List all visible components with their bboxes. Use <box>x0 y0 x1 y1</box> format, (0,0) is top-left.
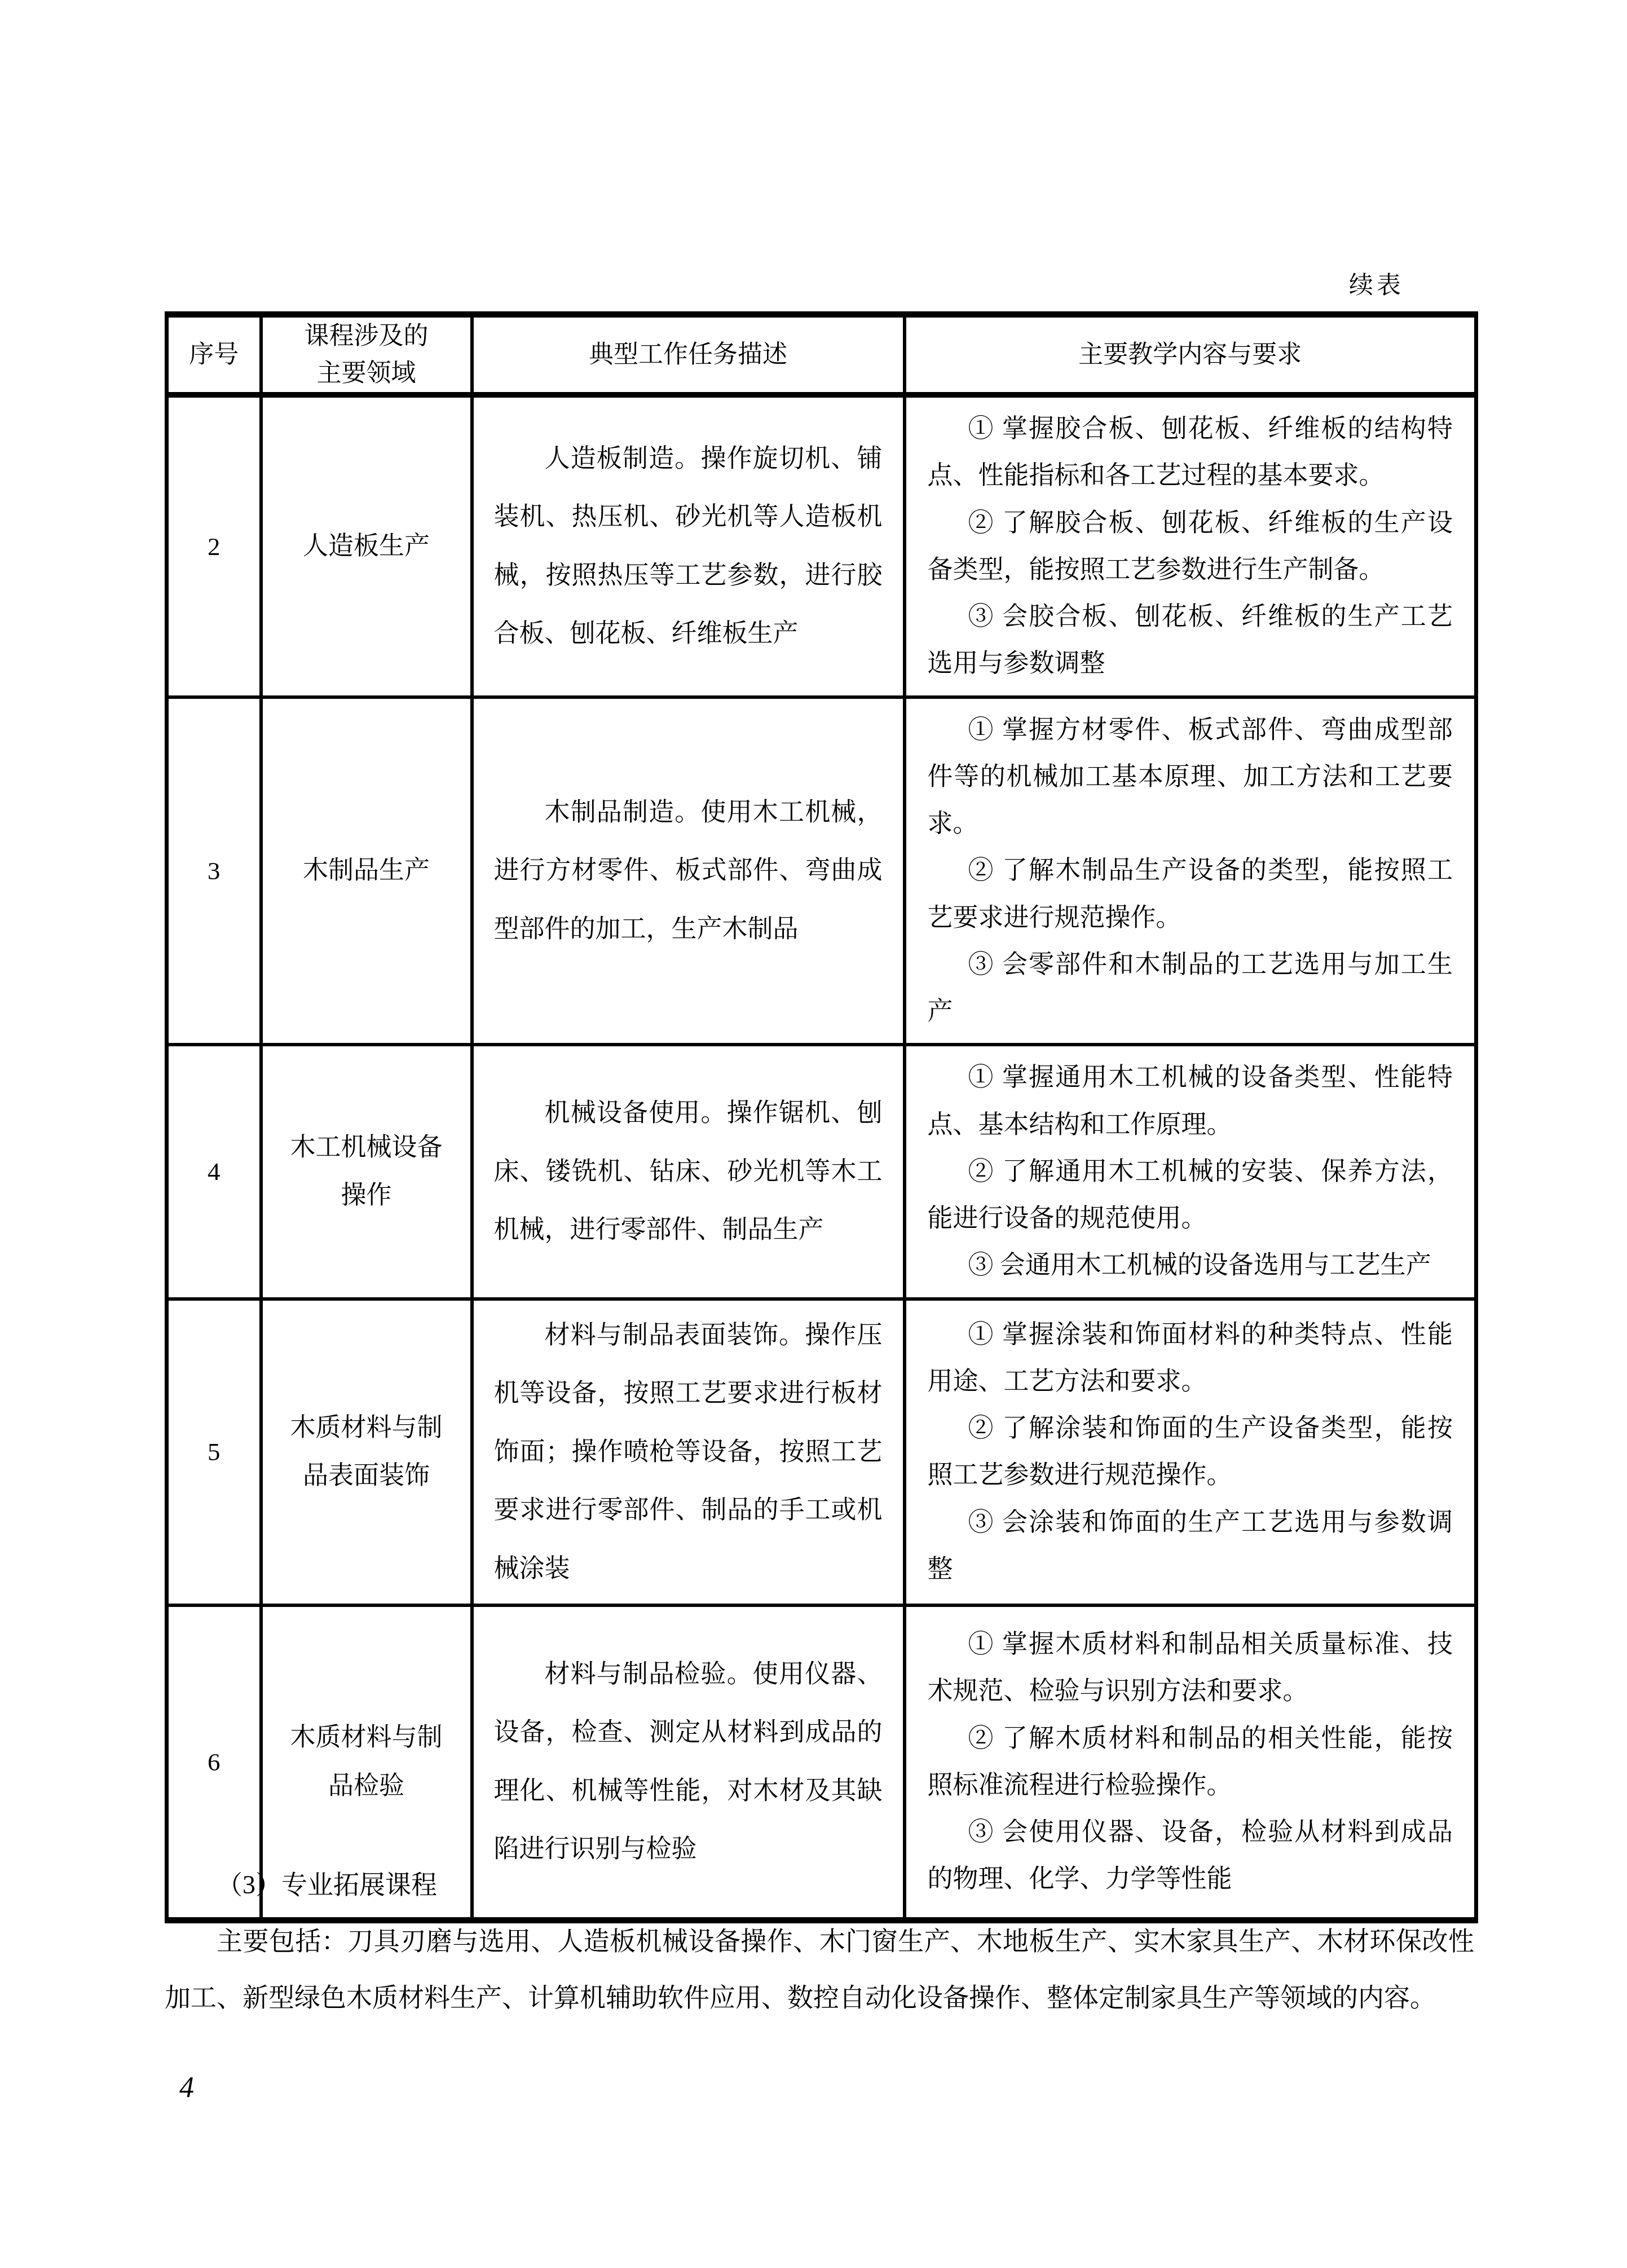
cell-task-description: 人造板制造。操作旋切机、铺装机、热压机、砂光机等人造板机械，按照热压等工艺参数，… <box>472 395 905 697</box>
content-item: ② 了解木质材料和制品的相关性能，能按照标准流程进行检验操作。 <box>928 1715 1453 1809</box>
cell-main-area: 人造板生产 <box>261 395 472 697</box>
task-text: 材料与制品表面装饰。操作压机等设备，按照工艺要求进行板材饰面；操作喷枪等设备，按… <box>494 1306 883 1598</box>
content-item: ① 掌握木质材料和制品相关质量标准、技术规范、检验与识别方法和要求。 <box>928 1621 1453 1715</box>
content-item: ① 掌握通用木工机械的设备类型、性能特点、基本结构和工作原理。 <box>928 1054 1453 1148</box>
table-row: 3 木制品生产 木制品制造。使用木工机械，进行方材零件、板式部件、弯曲成型部件的… <box>167 697 1476 1045</box>
content-item: ① 掌握胶合板、刨花板、纤维板的结构特点、性能指标和各工艺过程的基本要求。 <box>928 406 1453 500</box>
table-row: 2 人造板生产 人造板制造。操作旋切机、铺装机、热压机、砂光机等人造板机械，按照… <box>167 395 1476 697</box>
table-row: 5 木质材料与制 品表面装饰 材料与制品表面装饰。操作压机等设备，按照工艺要求进… <box>167 1299 1476 1606</box>
cell-seq-no: 2 <box>167 395 261 697</box>
header-main-area: 课程涉及的 主要领域 <box>261 315 472 395</box>
header-task-description: 典型工作任务描述 <box>472 315 905 395</box>
table-continued-label: 续表 <box>165 266 1474 301</box>
table-row: 4 木工机械设备 操作 机械设备使用。操作锯机、刨床、镂铣机、钻床、砂光机等木工… <box>167 1045 1476 1298</box>
task-text: 木制品制造。使用木工机械，进行方材零件、板式部件、弯曲成型部件的加工，生产木制品 <box>494 783 883 959</box>
footer-text-block: （3）专业拓展课程 主要包括：刀具刃磨与选用、人造板机械设备操作、木门窗生产、木… <box>165 1857 1474 2026</box>
section-heading: （3）专业拓展课程 <box>165 1857 1474 1913</box>
cell-teaching-content: ① 掌握涂装和饰面材料的种类特点、性能用途、工艺方法和要求。 ② 了解涂装和饰面… <box>905 1299 1476 1606</box>
content-item: ③ 会通用木工机械的设备选用与工艺生产 <box>928 1242 1453 1289</box>
cell-teaching-content: ① 掌握胶合板、刨花板、纤维板的结构特点、性能指标和各工艺过程的基本要求。 ② … <box>905 395 1476 697</box>
content-item: ③ 会胶合板、刨花板、纤维板的生产工艺选用与参数调整 <box>928 593 1453 688</box>
content-item: ③ 会涂装和饰面的生产工艺选用与参数调整 <box>928 1499 1453 1593</box>
content-item: ① 掌握方材零件、板式部件、弯曲成型部件等的机械加工基本原理、加工方法和工艺要求… <box>928 707 1453 848</box>
cell-teaching-content: ① 掌握方材零件、板式部件、弯曲成型部件等的机械加工基本原理、加工方法和工艺要求… <box>905 697 1476 1045</box>
cell-teaching-content: ① 掌握通用木工机械的设备类型、性能特点、基本结构和工作原理。 ② 了解通用木工… <box>905 1045 1476 1298</box>
cell-seq-no: 5 <box>167 1299 261 1606</box>
page-number: 4 <box>179 2071 194 2104</box>
table-header-row: 序号 课程涉及的 主要领域 典型工作任务描述 主要教学内容与要求 <box>167 315 1476 395</box>
task-text: 材料与制品检验。使用仪器、设备，检查、测定从材料到成品的理化、机械等性能，对木材… <box>494 1645 883 1879</box>
cell-main-area: 木工机械设备 操作 <box>261 1045 472 1298</box>
content-item: ② 了解通用木工机械的安装、保养方法，能进行设备的规范使用。 <box>928 1148 1453 1243</box>
content-item: ③ 会零部件和木制品的工艺选用与加工生产 <box>928 941 1453 1036</box>
cell-main-area: 木质材料与制 品表面装饰 <box>261 1299 472 1606</box>
content-item: ② 了解胶合板、刨花板、纤维板的生产设备类型，能按照工艺参数进行生产制备。 <box>928 500 1453 594</box>
cell-task-description: 材料与制品表面装饰。操作压机等设备，按照工艺要求进行板材饰面；操作喷枪等设备，按… <box>472 1299 905 1606</box>
course-areas-table: 序号 课程涉及的 主要领域 典型工作任务描述 主要教学内容与要求 2 人造板生产… <box>165 311 1478 1923</box>
cell-seq-no: 4 <box>167 1045 261 1298</box>
document-page: 续表 序号 课程涉及的 主要领域 典型工作任务描述 主要教学内容与要求 2 人造… <box>0 0 1627 2268</box>
task-text: 人造板制造。操作旋切机、铺装机、热压机、砂光机等人造板机械，按照热压等工艺参数，… <box>494 430 883 663</box>
section-paragraph: 主要包括：刀具刃磨与选用、人造板机械设备操作、木门窗生产、木地板生产、实木家具生… <box>165 1913 1474 2026</box>
content-item: ① 掌握涂装和饰面材料的种类特点、性能用途、工艺方法和要求。 <box>928 1311 1453 1406</box>
content-item: ② 了解木制品生产设备的类型，能按照工艺要求进行规范操作。 <box>928 847 1453 941</box>
cell-main-area: 木制品生产 <box>261 697 472 1045</box>
header-seq-no: 序号 <box>167 315 261 395</box>
header-teaching-content: 主要教学内容与要求 <box>905 315 1476 395</box>
cell-task-description: 木制品制造。使用木工机械，进行方材零件、板式部件、弯曲成型部件的加工，生产木制品 <box>472 697 905 1045</box>
task-text: 机械设备使用。操作锯机、刨床、镂铣机、钻床、砂光机等木工机械，进行零部件、制品生… <box>494 1084 883 1259</box>
cell-seq-no: 3 <box>167 697 261 1045</box>
content-item: ② 了解涂装和饰面的生产设备类型，能按照工艺参数进行规范操作。 <box>928 1405 1453 1499</box>
cell-task-description: 机械设备使用。操作锯机、刨床、镂铣机、钻床、砂光机等木工机械，进行零部件、制品生… <box>472 1045 905 1298</box>
